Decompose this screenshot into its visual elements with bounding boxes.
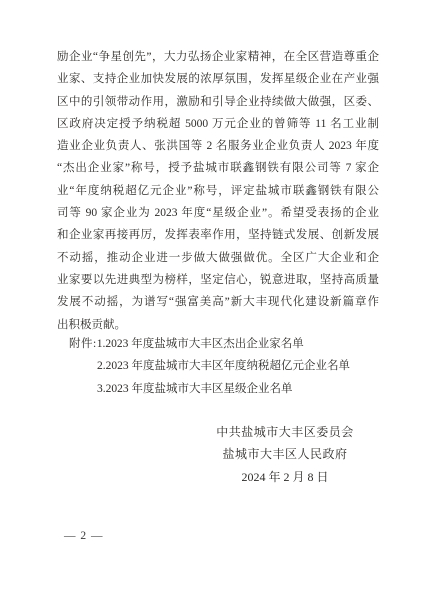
body-text-line: “杰出企业家”称号，授予盐城市联鑫钢铁有限公司等 7 家企: [57, 157, 379, 179]
body-text-line: 区中的引领带动作用，激励和引导企业持续做大做强，区委、: [57, 91, 379, 113]
attachment-label: 附件:: [69, 338, 97, 350]
body-text-line: 区政府决定授予纳税超 5000 万元企业的曾筛等 11 名工业制: [57, 113, 379, 135]
body-text-line: 业家要以先进典型为榜样，坚定信心，锐意进取，坚持高质量: [57, 269, 379, 291]
attachment-item-3: 3.2023 年度盐城市大丰区星级企业名单: [97, 383, 293, 395]
body-text-line: 不动摇，推动企业进一步做大做强做优。全区广大企业和企: [57, 247, 379, 269]
attachment-item-1: 1.2023 年度盐城市大丰区杰出企业家名单: [97, 338, 304, 350]
document-page: 励企业“争星创先”，大力弘扬企业家精神，在全区营造尊重企 业家、支持企业加快发展…: [0, 0, 433, 613]
attachment-line: 3.2023 年度盐城市大丰区星级企业名单: [57, 378, 397, 400]
body-text-line: 造业企业负责人、张洪国等 2 名服务业企业负责人 2023 年度: [57, 135, 379, 157]
signature-date: 2024 年 2 月 8 日: [205, 466, 365, 488]
body-text-line: 业家、支持企业加快发展的浓厚氛围，发挥星级企业在产业强: [57, 68, 379, 90]
body-text-line: 和企业家再接再厉，发挥表率作用，坚持链式发展、创新发展: [57, 224, 379, 246]
page-footer: — 2 —: [64, 530, 104, 542]
attachment-line: 附件:1.2023 年度盐城市大丰区杰出企业家名单: [57, 333, 397, 355]
body-paragraph: 励企业“争星创先”，大力弘扬企业家精神，在全区营造尊重企 业家、支持企业加快发展…: [57, 46, 379, 336]
signature-block: 中共盐城市大丰区委员会 盐城市大丰区人民政府 2024 年 2 月 8 日: [205, 421, 365, 488]
signature-government: 盐城市大丰区人民政府: [205, 443, 365, 465]
page-number: — 2 —: [64, 530, 104, 542]
attachment-section: 附件:1.2023 年度盐城市大丰区杰出企业家名单 2.2023 年度盐城市大丰…: [57, 333, 397, 400]
body-text-line: 发展不动摇，为谱写“强富美高”新大丰现代化建设新篇章作: [57, 291, 379, 313]
attachment-line: 2.2023 年度盐城市大丰区年度纳税超亿元企业名单: [57, 355, 397, 377]
signature-committee: 中共盐城市大丰区委员会: [205, 421, 365, 443]
body-text-line: 司等 90 家企业为 2023 年度“星级企业”。希望受表扬的企业: [57, 202, 379, 224]
body-text-line: 业“年度纳税超亿元企业”称号，评定盐城市联鑫钢铁有限公: [57, 180, 379, 202]
attachment-item-2: 2.2023 年度盐城市大丰区年度纳税超亿元企业名单: [97, 360, 350, 372]
body-text-line: 励企业“争星创先”，大力弘扬企业家精神，在全区营造尊重企: [57, 46, 379, 68]
